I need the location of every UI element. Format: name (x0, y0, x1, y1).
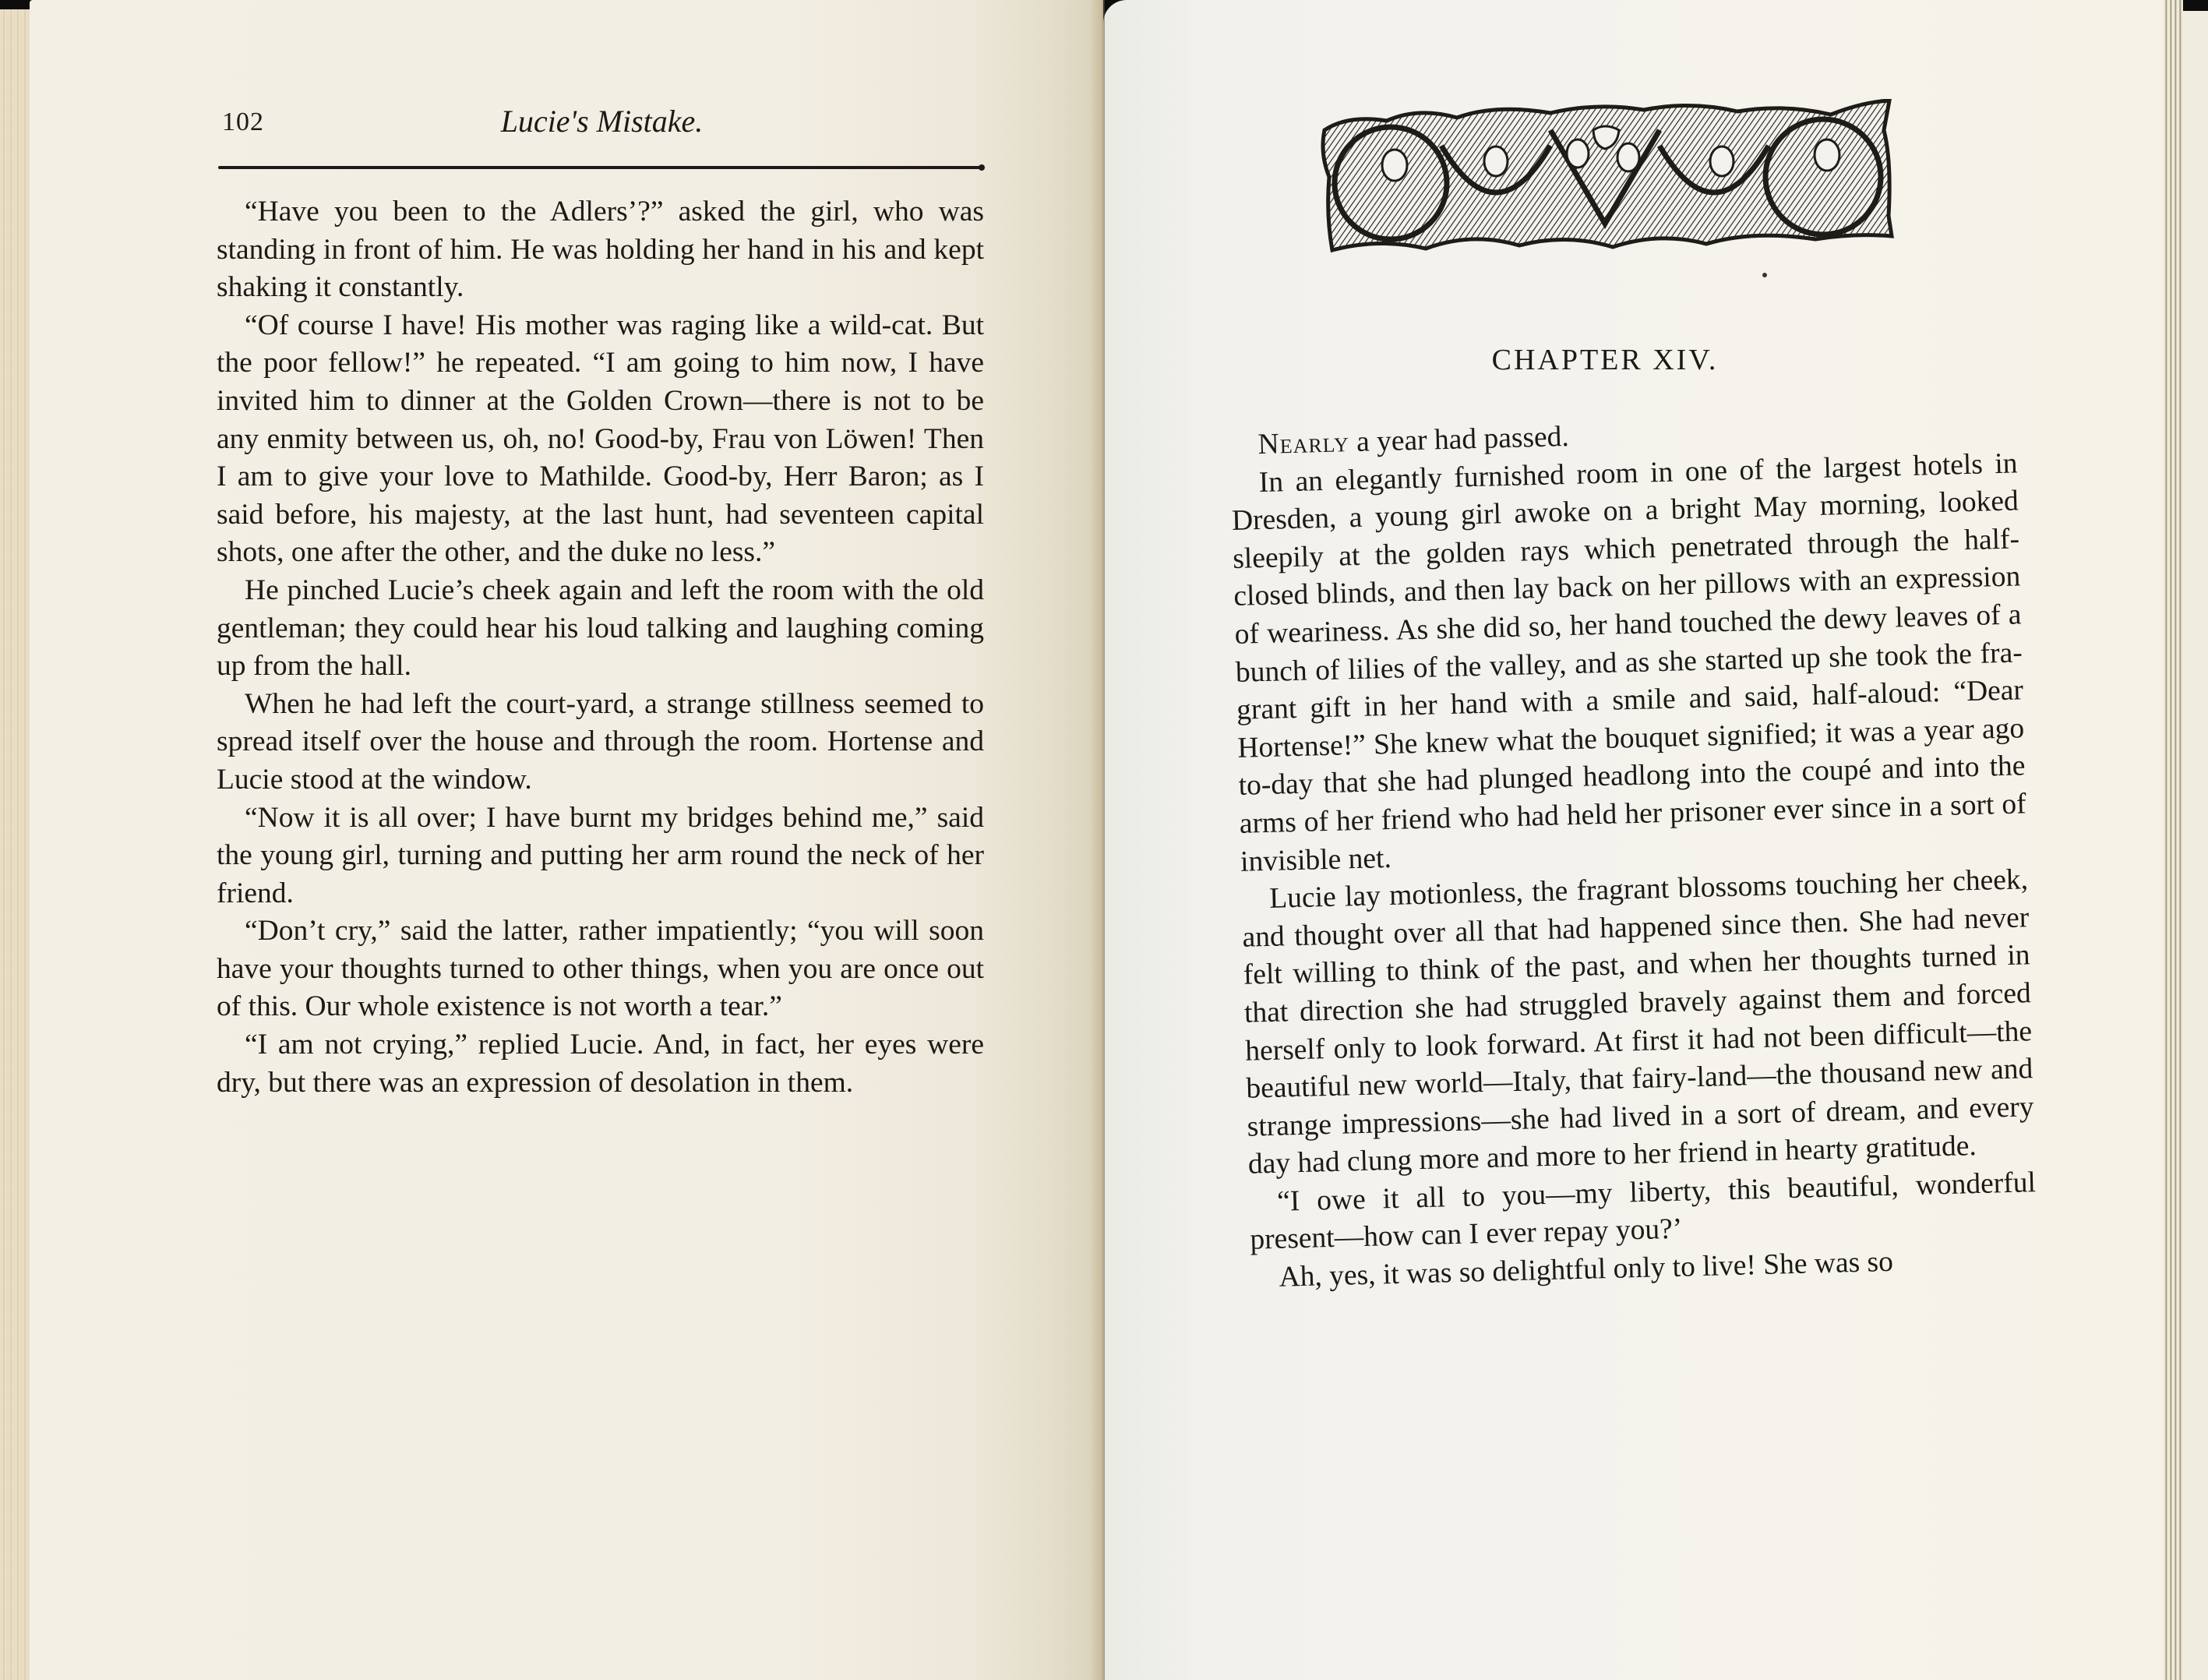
left-page-body: “Have you been to the Adlers’?” asked th… (217, 193, 984, 1102)
opening-smallcaps: Nearly (1257, 426, 1349, 461)
paragraph: Lucie lay motionless, the fragrant bloss… (1241, 861, 2036, 1184)
running-title: Lucie's Mistake. (222, 103, 982, 139)
paragraph: “Of course I have! His mother was raging… (217, 307, 984, 572)
ink-speck (1762, 273, 1767, 277)
header-rule (218, 166, 983, 169)
paragraph: In an elegantly furnished room in one of… (1230, 445, 2027, 881)
running-head: 102 Lucie's Mistake. (222, 103, 982, 150)
woodcut-ornament-icon (1317, 99, 1895, 253)
paragraph: “I am not crying,” replied Lucie. And, i… (217, 1026, 984, 1102)
paragraph: When he had left the court-yard, a stran… (217, 686, 984, 799)
right-page-stack-edges (2163, 0, 2183, 1680)
paragraph: “Don’t cry,” said the latter, rather imp… (217, 912, 984, 1026)
paragraph: “Now it is all over; I have burnt my bri… (217, 799, 984, 913)
right-page-body: Nearly a year had passed. In an elegantl… (1229, 407, 2038, 1297)
opening-text: a year had passed. (1349, 421, 1569, 458)
book-gutter (1089, 0, 1105, 1680)
paragraph: He pinched Lucie’s cheek again and left … (217, 572, 984, 686)
cover-edge (2183, 11, 2208, 1680)
left-page-stack-edges (0, 9, 33, 1680)
paragraph: “Have you been to the Adlers’?” asked th… (217, 193, 984, 307)
chapter-heading: CHAPTER XIV. (1324, 343, 1885, 377)
